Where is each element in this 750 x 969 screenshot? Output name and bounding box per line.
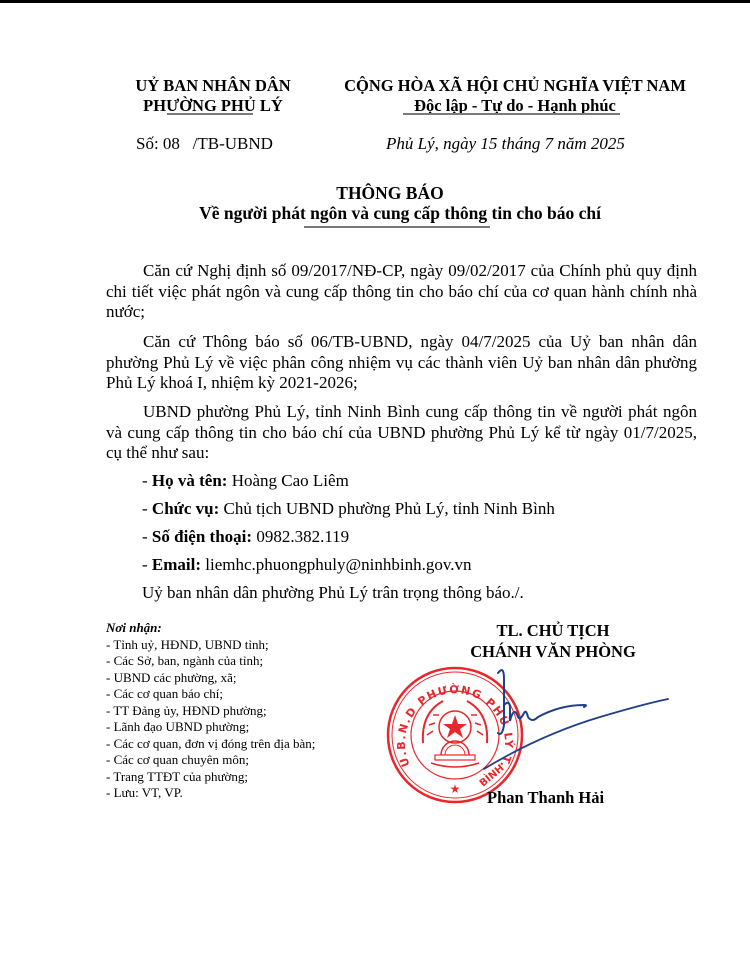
national-name: CỘNG HÒA XÃ HỘI CHỦ NGHĨA VIỆT NAM	[330, 76, 700, 96]
field-label: Email:	[152, 555, 201, 574]
paragraph-text: Căn cứ Thông báo số 06/TB-UBND, ngày 04/…	[106, 332, 697, 392]
handwritten-signature-icon	[480, 665, 680, 775]
recipient-item: - Tỉnh uỷ, HĐND, UBND tỉnh;	[106, 637, 315, 654]
paragraph-legal-basis-2: Căn cứ Thông báo số 06/TB-UBND, ngày 04/…	[106, 332, 697, 394]
field-value: Chủ tịch UBND phường Phủ Lý, tỉnh Ninh B…	[224, 499, 555, 518]
field-value: liemhc.phuongphuly@ninhbinh.gov.vn	[205, 555, 471, 574]
svg-text:★: ★	[450, 782, 461, 796]
paragraph-text: UBND phường Phủ Lý, tỉnh Ninh Bình cung …	[106, 402, 697, 462]
field-label: Số điện thoại:	[152, 527, 252, 546]
recipient-item: - UBND các phường, xã;	[106, 670, 315, 687]
field-label: Chức vụ:	[152, 499, 219, 518]
authority-underline	[167, 113, 253, 115]
recipient-item: - Các Sở, ban, ngành của tỉnh;	[106, 653, 315, 670]
recipients-title: Nơi nhận:	[106, 620, 315, 637]
signature-line1: TL. CHỦ TỊCH	[438, 620, 668, 641]
authority-line1: UỶ BAN NHÂN DÂN	[120, 76, 306, 96]
national-header: CỘNG HÒA XÃ HỘI CHỦ NGHĨA VIỆT NAM Độc l…	[330, 76, 700, 116]
paragraph-text: Căn cứ Nghị định số 09/2017/NĐ-CP, ngày …	[106, 261, 697, 321]
closing-statement: Uỷ ban nhân dân phường Phủ Lý trân trọng…	[142, 583, 524, 603]
paragraph-legal-basis-1: Căn cứ Nghị định số 09/2017/NĐ-CP, ngày …	[106, 261, 697, 323]
recipient-item: - Các cơ quan báo chí;	[106, 686, 315, 703]
subtitle-underline	[304, 226, 490, 228]
recipient-item: - TT Đảng ủy, HĐND phường;	[106, 703, 315, 720]
recipients-block: Nơi nhận: - Tỉnh uỷ, HĐND, UBND tỉnh; - …	[106, 620, 315, 802]
motto-underline	[403, 113, 620, 115]
document-subtitle: Về người phát ngôn và cung cấp thông tin…	[0, 203, 750, 224]
field-full-name: - Họ và tên: Hoàng Cao Liêm	[142, 471, 349, 491]
recipient-item: - Lãnh đạo UBND phường;	[106, 719, 315, 736]
document-title: THÔNG BÁO	[0, 183, 750, 204]
recipient-item: - Lưu: VT, VP.	[106, 785, 315, 802]
issuing-authority: UỶ BAN NHÂN DÂN PHƯỜNG PHỦ LÝ	[120, 76, 306, 116]
recipient-item: - Các cơ quan, đơn vị đóng trên địa bàn;	[106, 736, 315, 753]
field-value: Hoàng Cao Liêm	[232, 471, 349, 490]
field-email: - Email: liemhc.phuongphuly@ninhbinh.gov…	[142, 555, 472, 575]
field-phone: - Số điện thoại: 0982.382.119	[142, 527, 349, 547]
recipient-item: - Trang TTĐT của phường;	[106, 769, 315, 786]
field-position: - Chức vụ: Chủ tịch UBND phường Phủ Lý, …	[142, 499, 555, 519]
document-number: Số: 08 /TB-UBND	[136, 134, 273, 154]
signature-line2: CHÁNH VĂN PHÒNG	[438, 641, 668, 662]
window-top-edge	[0, 0, 750, 3]
paragraph-announcement: UBND phường Phủ Lý, tỉnh Ninh Bình cung …	[106, 402, 697, 464]
signer-name: Phan Thanh Hải	[487, 788, 604, 808]
field-label: Họ và tên:	[152, 471, 228, 490]
recipient-item: - Các cơ quan chuyên môn;	[106, 752, 315, 769]
place-date: Phủ Lý, ngày 15 tháng 7 năm 2025	[386, 134, 625, 154]
field-value: 0982.382.119	[256, 527, 349, 546]
signature-title: TL. CHỦ TỊCH CHÁNH VĂN PHÒNG	[438, 620, 668, 662]
